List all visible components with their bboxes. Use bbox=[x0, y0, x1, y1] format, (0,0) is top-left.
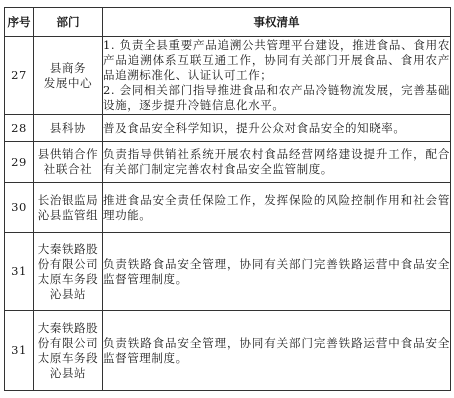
row-description: 负责铁路食品安全管理，协同有关部门完善铁路运营中食品安全监督管理制度。 bbox=[103, 233, 451, 311]
description-item: 推进食品安全责任保险工作，发挥保险的风险控制作用和社会管理功能。 bbox=[103, 193, 450, 223]
row-department: 县科协 bbox=[34, 115, 103, 142]
description-item: 1. 负责全县重要产品追溯公共管理平台建设，推进食品、食用农产品追溯体系互联互通… bbox=[103, 38, 450, 83]
row-number: 30 bbox=[5, 183, 34, 233]
row-description: 推进食品安全责任保险工作，发挥保险的风险控制作用和社会管理功能。 bbox=[103, 183, 451, 233]
department-line: 县供销合作 bbox=[34, 147, 102, 162]
table-header-row: 序号 部门 事权清单 bbox=[5, 8, 451, 37]
row-department: 县商务 发展中心 bbox=[34, 37, 103, 115]
department-line: 大秦铁路股 bbox=[34, 242, 102, 257]
department-line: 份有限公司 bbox=[34, 336, 102, 351]
row-number: 27 bbox=[5, 37, 34, 115]
description-item: 2. 会同相关部门指导推进食品和农产品冷链物流发展，完善基础设施，逐步提升冷链信… bbox=[103, 83, 450, 113]
department-line: 社联合社 bbox=[34, 162, 102, 177]
header-rights-list: 事权清单 bbox=[103, 8, 451, 37]
row-description: 负责指导供销社系统开展农村食品经营网络建设提升工作，配合有关部门制定完善农村食品… bbox=[103, 142, 451, 183]
department-line: 大秦铁路股 bbox=[34, 321, 102, 336]
row-number: 31 bbox=[5, 233, 34, 311]
table-row: 30 长治银监局 沁县监管组 推进食品安全责任保险工作，发挥保险的风险控制作用和… bbox=[5, 183, 451, 233]
row-description: 普及食品安全科学知识，提升公众对食品安全的知晓率。 bbox=[103, 115, 451, 142]
row-number: 28 bbox=[5, 115, 34, 142]
table-row: 28 县科协 普及食品安全科学知识，提升公众对食品安全的知晓率。 bbox=[5, 115, 451, 142]
department-line: 长治银监局 bbox=[34, 193, 102, 208]
rights-list-table: 序号 部门 事权清单 27 县商务 发展中心 1. 负责全县重要产品追溯公共管理… bbox=[4, 7, 451, 391]
table-row: 31 大秦铁路股 份有限公司 太原车务段 沁县站 负责铁路食品安全管理，协同有关… bbox=[5, 233, 451, 311]
description-item: 普及食品安全科学知识，提升公众对食品安全的知晓率。 bbox=[103, 121, 450, 136]
row-department: 县供销合作 社联合社 bbox=[34, 142, 103, 183]
row-number: 29 bbox=[5, 142, 34, 183]
description-item: 负责铁路食品安全管理，协同有关部门完善铁路运营中食品安全监督管理制度。 bbox=[103, 336, 450, 366]
department-line: 沁县站 bbox=[34, 366, 102, 381]
department-line: 县科协 bbox=[34, 121, 102, 136]
department-line: 发展中心 bbox=[34, 76, 102, 91]
department-line: 县商务 bbox=[34, 61, 102, 76]
row-department: 长治银监局 沁县监管组 bbox=[34, 183, 103, 233]
department-line: 份有限公司 bbox=[34, 257, 102, 272]
header-number: 序号 bbox=[5, 8, 34, 37]
department-line: 太原车务段 bbox=[34, 351, 102, 366]
description-item: 负责指导供销社系统开展农村食品经营网络建设提升工作，配合有关部门制定完善农村食品… bbox=[103, 147, 450, 177]
table-row: 31 大秦铁路股 份有限公司 太原车务段 沁县站 负责铁路食品安全管理，协同有关… bbox=[5, 311, 451, 391]
header-department: 部门 bbox=[34, 8, 103, 37]
department-line: 太原车务段 bbox=[34, 272, 102, 287]
table-row: 29 县供销合作 社联合社 负责指导供销社系统开展农村食品经营网络建设提升工作，… bbox=[5, 142, 451, 183]
row-department: 大秦铁路股 份有限公司 太原车务段 沁县站 bbox=[34, 311, 103, 391]
table-row: 27 县商务 发展中心 1. 负责全县重要产品追溯公共管理平台建设，推进食品、食… bbox=[5, 37, 451, 115]
department-line: 沁县监管组 bbox=[34, 208, 102, 223]
department-line: 沁县站 bbox=[34, 287, 102, 302]
row-description: 1. 负责全县重要产品追溯公共管理平台建设，推进食品、食用农产品追溯体系互联互通… bbox=[103, 37, 451, 115]
row-department: 大秦铁路股 份有限公司 太原车务段 沁县站 bbox=[34, 233, 103, 311]
row-number: 31 bbox=[5, 311, 34, 391]
row-description: 负责铁路食品安全管理，协同有关部门完善铁路运营中食品安全监督管理制度。 bbox=[103, 311, 451, 391]
description-item: 负责铁路食品安全管理，协同有关部门完善铁路运营中食品安全监督管理制度。 bbox=[103, 257, 450, 287]
